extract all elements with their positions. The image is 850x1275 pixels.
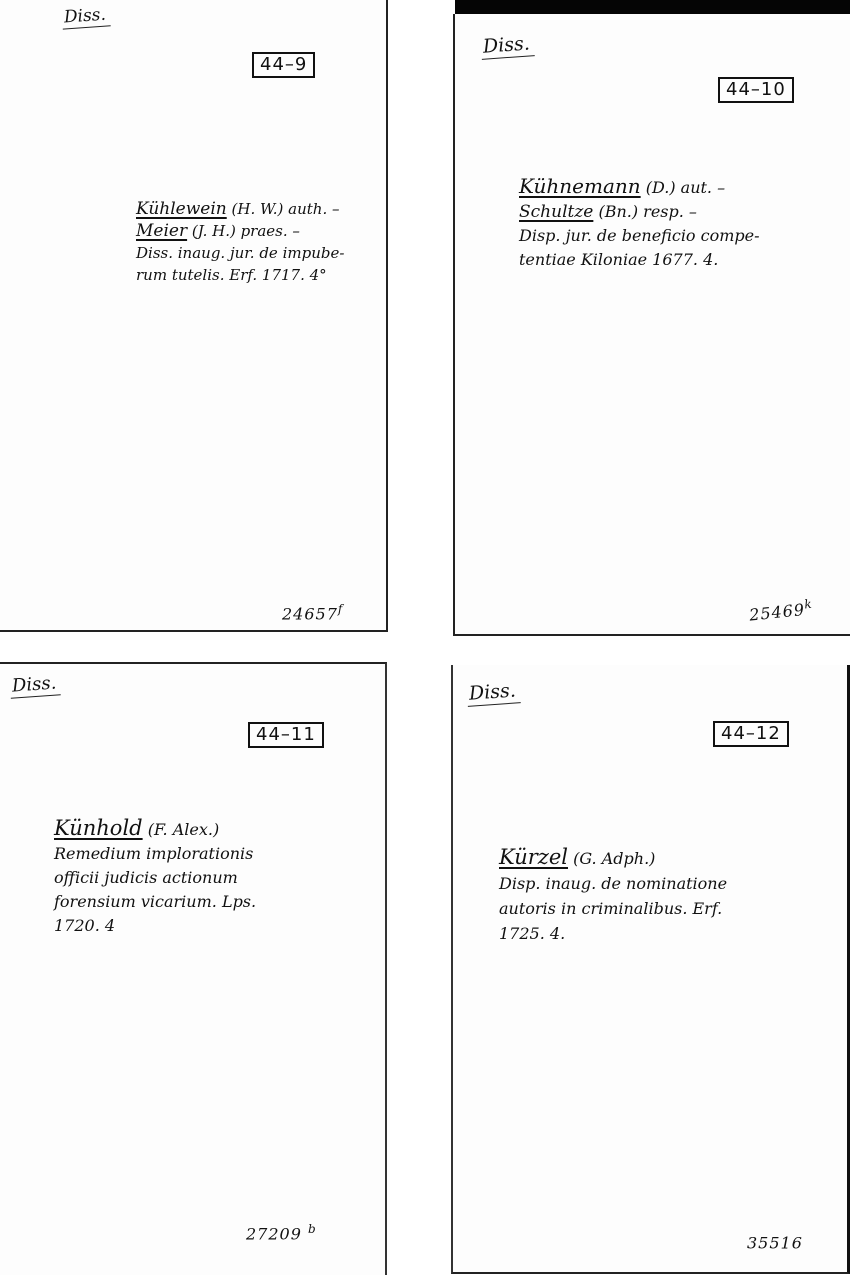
catalog-card-44-12: Diss. 44–12 Kürzel (G. Adph.) Disp. inau…	[451, 665, 850, 1274]
respondent-name: Schultze	[519, 202, 593, 222]
author-name: Künhold	[54, 816, 143, 840]
shelfmark-box: 44–9	[252, 52, 315, 78]
author-detail: (G. Adph.)	[573, 849, 655, 868]
title-line: tentiae Kiloniae 1677. 4.	[519, 248, 760, 272]
category-label: Diss.	[480, 32, 534, 60]
catalog-card-44-11: Diss. 44–11 Künhold (F. Alex.) Remedium …	[0, 662, 387, 1275]
praeses-name: Meier	[136, 221, 187, 241]
accession-number: 25469k	[748, 597, 814, 625]
title-line: rum tutelis. Erf. 1717. 4°	[136, 264, 344, 286]
author-name: Kürzel	[499, 845, 568, 869]
category-label: Diss.	[466, 679, 520, 707]
accession-number: 27209 b	[246, 1222, 317, 1243]
catalog-card-44-9: Diss. 44–9 Kühlewein (H. W.) auth. – Mei…	[0, 0, 388, 632]
author-name: Kühnemann	[519, 174, 641, 198]
shelfmark-box: 44–10	[718, 77, 794, 103]
title-line: Diss. inaug. jur. de impube-	[136, 242, 344, 264]
category-label: Diss.	[9, 672, 61, 698]
title-line: autoris in criminalibus. Erf.	[499, 896, 727, 921]
respondent-detail: (Bn.) resp. –	[598, 202, 696, 221]
title-line: 1720. 4	[54, 914, 256, 938]
title-line: Disp. jur. de beneficio compe-	[519, 224, 760, 248]
accession-number: 35516	[747, 1231, 803, 1252]
title-line: forensium vicarium. Lps.	[54, 890, 256, 914]
author-detail: (H. W.) auth. –	[232, 200, 340, 218]
title-line: Remedium implorationis	[54, 842, 256, 866]
scan-edge-strip	[455, 0, 850, 14]
catalog-card-44-10: Diss. 44–10 Kühnemann (D.) aut. – Schult…	[453, 14, 850, 636]
author-detail: (F. Alex.)	[148, 820, 220, 839]
card-entry: Kühnemann (D.) aut. – Schultze (Bn.) res…	[519, 174, 760, 272]
card-entry: Künhold (F. Alex.) Remedium implorationi…	[54, 816, 256, 938]
author-name: Kühlewein	[136, 199, 227, 219]
shelfmark-box: 44–12	[713, 721, 789, 747]
category-label: Diss.	[61, 4, 110, 29]
title-line: 1725. 4.	[499, 921, 727, 946]
accession-number: 24657f	[282, 602, 343, 623]
card-entry: Kühlewein (H. W.) auth. – Meier (J. H.) …	[136, 198, 344, 286]
author-detail: (D.) aut. –	[646, 178, 725, 197]
praeses-detail: (J. H.) praes. –	[192, 222, 300, 240]
title-line: Disp. inaug. de nominatione	[499, 871, 727, 896]
shelfmark-box: 44–11	[248, 722, 324, 748]
card-entry: Kürzel (G. Adph.) Disp. inaug. de nomina…	[499, 845, 727, 946]
title-line: officii judicis actionum	[54, 866, 256, 890]
